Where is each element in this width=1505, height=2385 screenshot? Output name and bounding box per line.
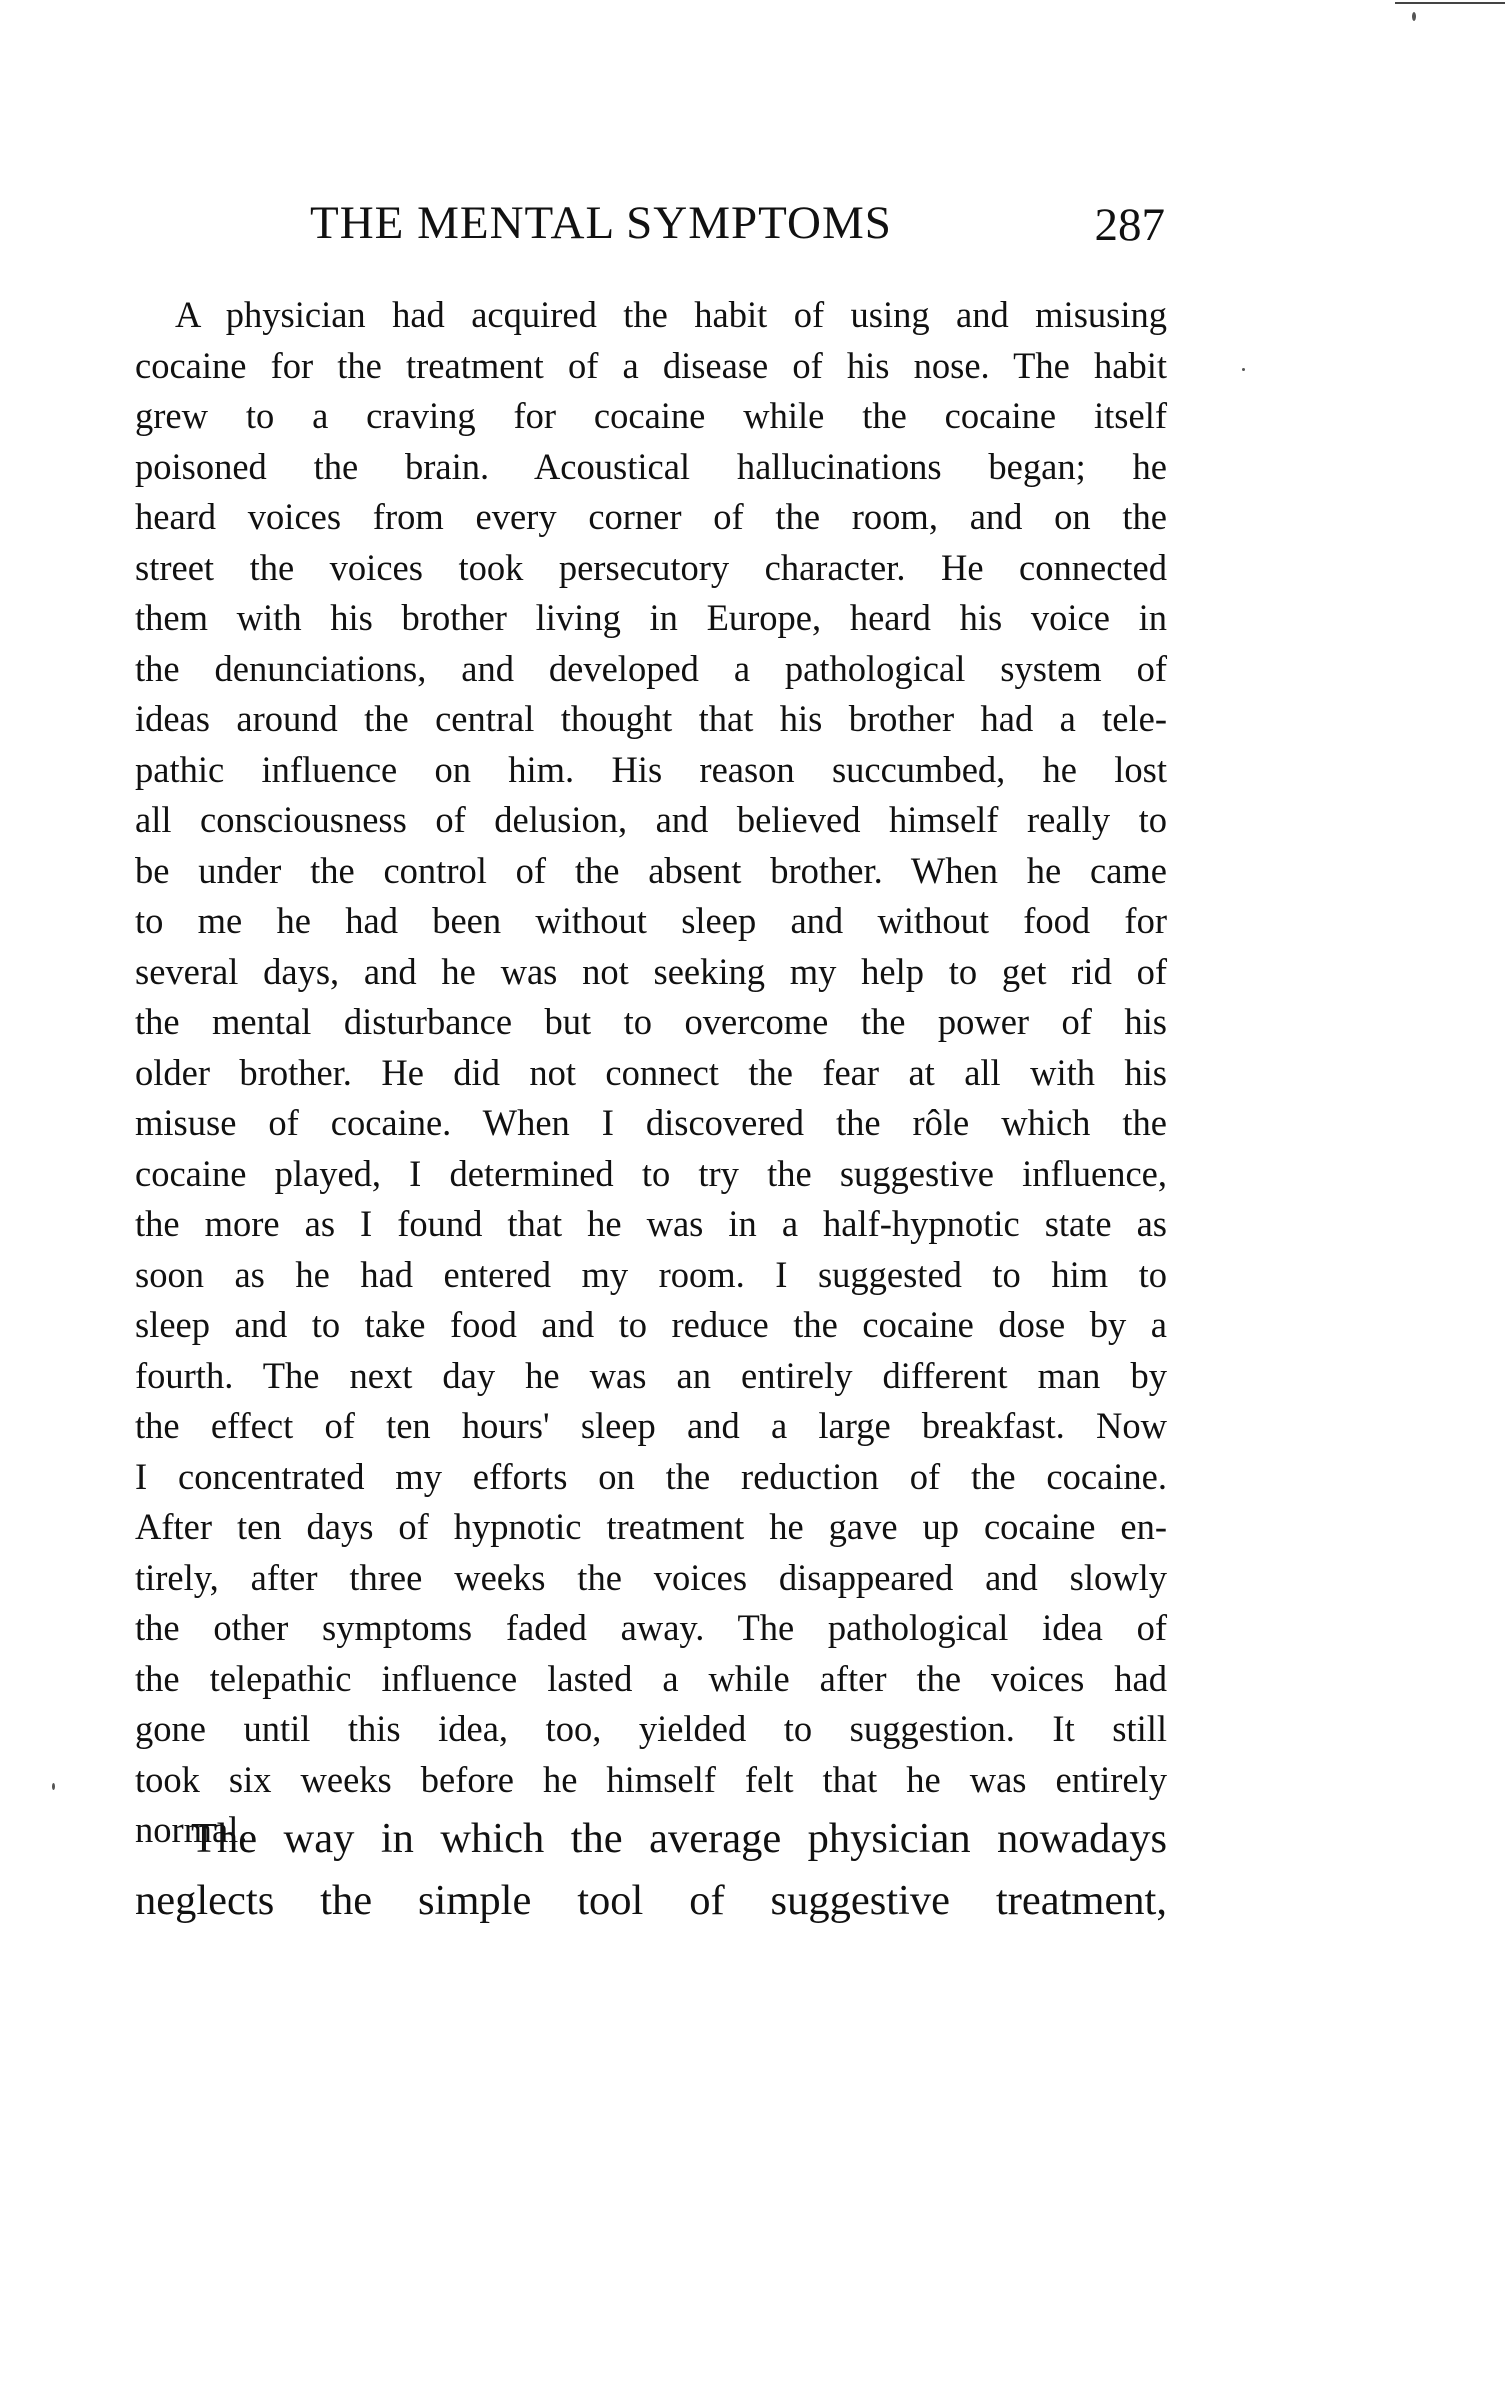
text-line: gone until this idea, too, yielded to su… xyxy=(135,1704,1167,1755)
text-line: all consciousness of delusion, and belie… xyxy=(135,795,1167,846)
running-title: THE MENTAL SYMPTOMS xyxy=(310,196,892,250)
text-line: soon as he had entered my room. I sugges… xyxy=(135,1250,1167,1301)
text-line: the other symptoms faded away. The patho… xyxy=(135,1603,1167,1654)
text-line: them with his brother living in Europe, … xyxy=(135,593,1167,644)
book-page: THE MENTAL SYMPTOMS 287 A physician had … xyxy=(0,0,1505,2385)
text-line: several days, and he was not seeking my … xyxy=(135,947,1167,998)
text-line: fourth. The next day he was an entirely … xyxy=(135,1351,1167,1402)
text-line: the more as I found that he was in a hal… xyxy=(135,1199,1167,1250)
paragraph-suggestive-treatment: The way in which the average physician n… xyxy=(135,1808,1167,1932)
text-line: the effect of ten hours' sleep and a lar… xyxy=(135,1401,1167,1452)
running-head: THE MENTAL SYMPTOMS 287 xyxy=(135,196,1165,256)
scan-edge-mark xyxy=(1395,2,1505,4)
text-line: I concentrated my efforts on the reducti… xyxy=(135,1452,1167,1503)
scan-speck xyxy=(1412,12,1416,21)
scan-speck xyxy=(1242,368,1245,371)
text-line: the mental disturbance but to overcome t… xyxy=(135,997,1167,1048)
text-line: The way in which the average physician n… xyxy=(135,1808,1167,1870)
text-line: older brother. He did not connect the fe… xyxy=(135,1048,1167,1099)
text-line: heard voices from every corner of the ro… xyxy=(135,492,1167,543)
text-line: After ten days of hypnotic treatment he … xyxy=(135,1502,1167,1553)
text-line: cocaine played, I determined to try the … xyxy=(135,1149,1167,1200)
text-line: sleep and to take food and to reduce the… xyxy=(135,1300,1167,1351)
text-line: ideas around the central thought that hi… xyxy=(135,694,1167,745)
text-line: neglects the simple tool of suggestive t… xyxy=(135,1870,1167,1932)
text-line: the telepathic influence lasted a while … xyxy=(135,1654,1167,1705)
paragraph-case-study: A physician had acquired the habit of us… xyxy=(135,290,1167,1856)
text-line: misuse of cocaine. When I discovered the… xyxy=(135,1098,1167,1149)
text-line: the denunciations, and developed a patho… xyxy=(135,644,1167,695)
text-line: tirely, after three weeks the voices dis… xyxy=(135,1553,1167,1604)
text-line: grew to a craving for cocaine while the … xyxy=(135,391,1167,442)
text-line: street the voices took persecutory chara… xyxy=(135,543,1167,594)
text-line: cocaine for the treatment of a disease o… xyxy=(135,341,1167,392)
text-line: poisoned the brain. Acoustical hallucina… xyxy=(135,442,1167,493)
text-line: A physician had acquired the habit of us… xyxy=(135,290,1167,341)
page-number: 287 xyxy=(1095,198,1166,252)
text-line: took six weeks before he himself felt th… xyxy=(135,1755,1167,1806)
text-line: to me he had been without sleep and with… xyxy=(135,896,1167,947)
text-line: be under the control of the absent broth… xyxy=(135,846,1167,897)
text-line: pathic influence on him. His reason succ… xyxy=(135,745,1167,796)
scan-speck xyxy=(52,1783,55,1790)
